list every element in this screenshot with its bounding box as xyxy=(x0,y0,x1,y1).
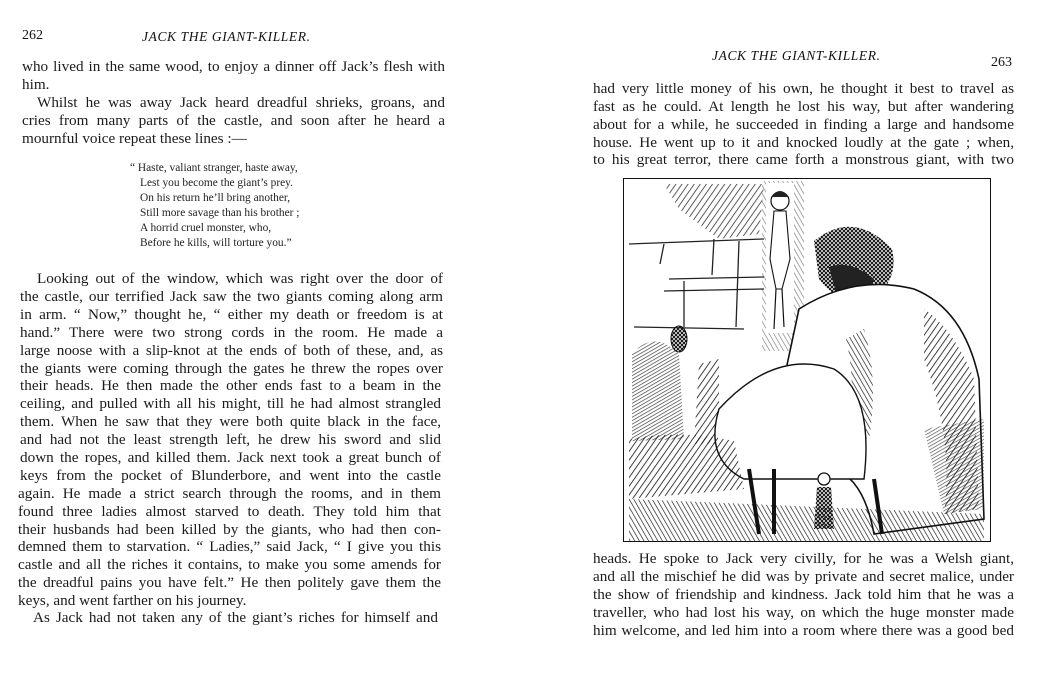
text-line: mournful voice repeat these lines :— xyxy=(22,130,247,148)
text-line: in arm. “ Now,” thought he, “ either my … xyxy=(20,306,443,324)
text-line: the dreadful pains you have felt.” He th… xyxy=(18,574,441,592)
text-line: cries from many parts of the castle, and… xyxy=(22,112,445,130)
text-line: and all the mischief he did was by priva… xyxy=(593,568,1014,586)
text-line: traveller, who had lost his way, on whic… xyxy=(593,604,1014,622)
text-line: the show of friendship and kindness. Jac… xyxy=(593,586,1014,604)
text-line: Whilst he was away Jack heard dreadful s… xyxy=(37,94,445,112)
text-line: their husbands had been killed by the gi… xyxy=(18,521,441,539)
text-line: the giants were coming through the gates… xyxy=(20,360,443,378)
poem-line: Still more savage than his brother ; xyxy=(140,206,299,221)
page-number: 263 xyxy=(991,55,1012,71)
text-line: and had not the least strength left, he … xyxy=(20,431,441,449)
text-line: found three ladies almost starved to dea… xyxy=(18,503,441,521)
text-line: demned them to starvation. “ Ladies,” sa… xyxy=(18,538,441,556)
text-line: heads. He spoke to Jack very civilly, fo… xyxy=(593,550,1014,568)
text-line: large noose with a slip-knot at the ends… xyxy=(20,342,443,360)
text-line: had very little money of his own, he tho… xyxy=(593,80,1014,98)
engraving-image xyxy=(624,179,990,541)
poem-line: Before he kills, will torture you.” xyxy=(140,236,292,251)
running-head: JACK THE GIANT-KILLER. xyxy=(142,29,311,45)
running-head: JACK THE GIANT-KILLER. xyxy=(712,48,881,64)
poem-line: A horrid cruel monster, who, xyxy=(140,221,271,236)
text-line: castle and all the riches it contains, t… xyxy=(18,556,441,574)
poem-line: “ Haste, valiant stranger, haste away, xyxy=(130,161,298,176)
page-number: 262 xyxy=(22,28,43,44)
left-page: 262 JACK THE GIANT-KILLER. who lived in … xyxy=(0,0,470,674)
text-line: Looking out of the window, which was rig… xyxy=(37,270,443,288)
text-line: about for a while, he succeeded in findi… xyxy=(593,116,1014,134)
text-line: fast as he could. At length he lost his … xyxy=(593,98,1014,116)
giant-illustration xyxy=(623,178,991,542)
text-line: down the ropes, and killed them. Jack ne… xyxy=(20,449,441,467)
text-line: house. He went up to it and knocked loud… xyxy=(593,134,1014,152)
text-line: ceiling, and pulled with all his might, … xyxy=(20,395,441,413)
text-line: him. xyxy=(22,76,49,94)
text-line: As Jack had not taken any of the giant’s… xyxy=(33,609,438,627)
poem-line: On his return he’ll bring another, xyxy=(140,191,290,206)
text-line: the castle, our terrified Jack saw the t… xyxy=(20,288,443,306)
text-line: to his great terror, there came forth a … xyxy=(593,151,1014,169)
text-line: their heads. He then made the other ends… xyxy=(20,377,441,395)
text-line: keys, and went farther on his journey. xyxy=(18,592,246,610)
text-line: hand.” There were two strong cords in th… xyxy=(20,324,443,342)
text-line: who lived in the same wood, to enjoy a d… xyxy=(22,58,445,76)
text-line: again. He made a strict search through t… xyxy=(18,485,441,503)
text-line: keys from the pocket of Blunderbore, and… xyxy=(20,467,441,485)
poem-line: Lest you become the giant’s prey. xyxy=(140,176,293,191)
text-line: him welcome, and led him into a room whe… xyxy=(593,622,1014,640)
text-line: them. When he saw that they were both qu… xyxy=(20,413,441,431)
